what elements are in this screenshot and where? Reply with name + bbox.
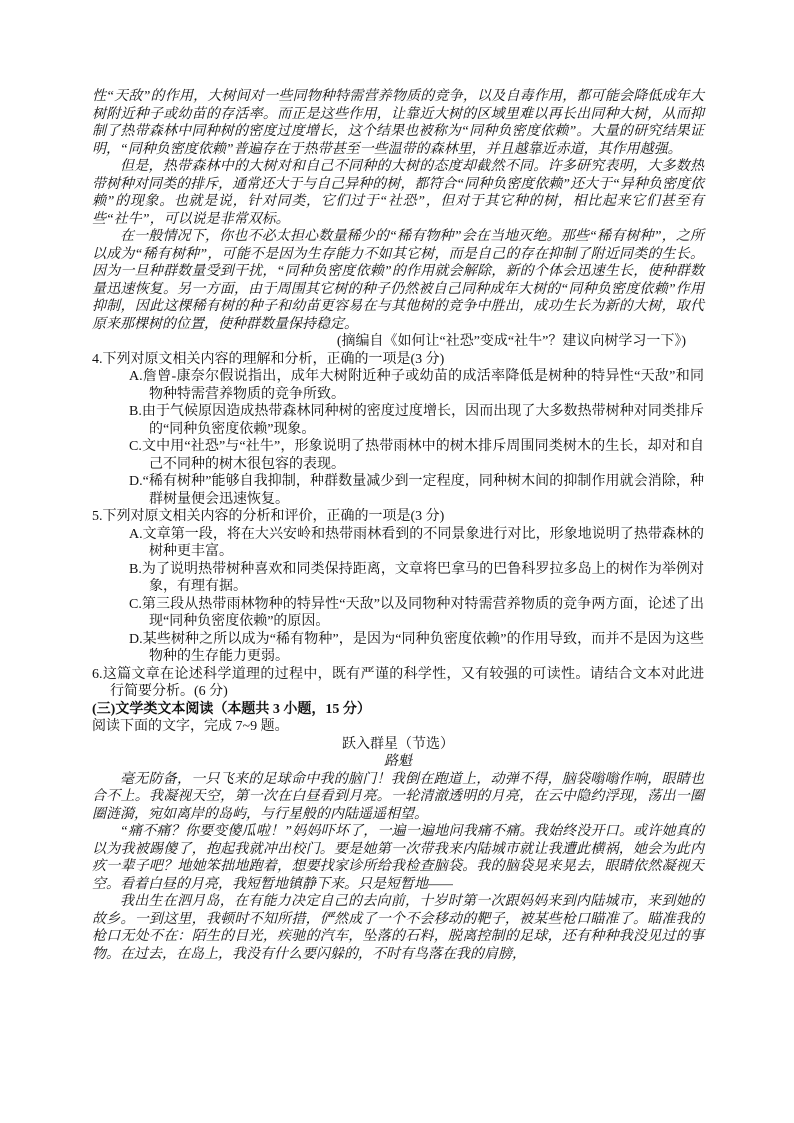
reading-instruction: 阅读下面的文字，完成 7~9 题。	[92, 718, 704, 736]
question-5-option-d: D.某些树种之所以成为“稀有物种”，是因为“同种负密度依赖”的作用导致，而并不是…	[92, 631, 704, 666]
story-paragraph-3: 我出生在泗月岛，在有能力决定自己的去向前，十岁时第一次跟妈妈来到内陆城市，来到她…	[92, 893, 704, 963]
option-label: C.	[129, 597, 142, 612]
option-label: C.	[129, 439, 142, 454]
option-text: 文中用“社恐”与“社牛”，形象说明了热带雨林中的树木排斥周围同类树木的生长，却对…	[142, 439, 704, 472]
section-heading: (三)文学类文本阅读（本题共 3 小题，15 分）	[92, 701, 704, 719]
passage-paragraph-3: 在一般情况下，你也不必太担心数量稀少的“稀有物种”会在当地灭绝。那些“稀有树种”…	[92, 228, 704, 333]
question-5-number: 5.	[92, 509, 103, 524]
question-5-option-b: B.为了说明热带树种喜欢和同类保持距离，文章将巴拿马的巴鲁科罗拉多岛上的树作为举…	[92, 561, 704, 596]
question-6-number: 6.	[92, 667, 103, 682]
option-label: A.	[129, 369, 143, 384]
option-label: B.	[129, 562, 142, 577]
option-text: 某些树种之所以成为“稀有物种”，是因为“同种负密度依赖”的作用导致，而并不是因为…	[143, 632, 704, 665]
question-4-text: 下列对原文相关内容的理解和分析，正确的一项是(3 分)	[103, 352, 445, 367]
question-5-stem: 5.下列对原文相关内容的分析和评价，正确的一项是(3 分)	[92, 508, 704, 526]
question-4-number: 4.	[92, 352, 103, 367]
story-author: 路魁	[92, 753, 704, 771]
passage-attribution: (摘编自《如何让“社恐”变成“社牛”？建议向树学习一下》)	[92, 333, 704, 351]
option-label: B.	[129, 404, 142, 419]
option-text: 由于气候原因造成热带森林同种树的密度过度增长，因而出现了大多数热带树种对同类排斥…	[142, 404, 704, 437]
question-5-text: 下列对原文相关内容的分析和评价，正确的一项是(3 分)	[103, 509, 445, 524]
option-text: 詹曾-康奈尔假说指出，成年大树附近种子或幼苗的成活率降低是树种的特异性“天敌”和…	[143, 369, 704, 402]
question-4-option-b: B.由于气候原因造成热带森林同种树的密度过度增长，因而出现了大多数热带树种对同类…	[92, 403, 704, 438]
passage-paragraph-2: 但是，热带森林中的大树对和自己不同种的大树的态度却截然不同。许多研究表明，大多数…	[92, 158, 704, 228]
option-label: D.	[129, 474, 143, 489]
option-text: 第三段从热带雨林物种的特异性“天敌”以及同物种对特需营养物质的竞争两方面，论述了…	[142, 597, 704, 630]
passage-paragraph-1: 性“天敌”的作用，大树间对一些同物种特需营养物质的竞争，以及自毒作用，都可能会降…	[92, 88, 704, 158]
option-label: D.	[129, 632, 143, 647]
question-4-stem: 4.下列对原文相关内容的理解和分析，正确的一项是(3 分)	[92, 351, 704, 369]
question-5-option-c: C.第三段从热带雨林物种的特异性“天敌”以及同物种对特需营养物质的竞争两方面，论…	[92, 596, 704, 631]
exam-page: 性“天敌”的作用，大树间对一些同物种特需营养物质的竞争，以及自毒作用，都可能会降…	[0, 0, 794, 1123]
story-paragraph-2: “痛不痛？你要变傻瓜啦！”妈妈吓坏了，一遍一遍地问我痛不痛。我始终没开口。或许她…	[92, 823, 704, 893]
question-6-text: 这篇文章在论述科学道理的过程中，既有严谨的科学性，又有较强的可读性。请结合文本对…	[103, 667, 705, 700]
option-text: “稀有树种”能够自我抑制，种群数量减少到一定程度，同种树木间的抑制作用就会消除，…	[143, 474, 704, 507]
question-4-option-d: D.“稀有树种”能够自我抑制，种群数量减少到一定程度，同种树木间的抑制作用就会消…	[92, 473, 704, 508]
question-5-option-a: A.文章第一段，将在大兴安岭和热带雨林看到的不同景象进行对比，形象地说明了热带森…	[92, 526, 704, 561]
story-title: 跃入群星（节选）	[92, 736, 704, 754]
question-4-option-c: C.文中用“社恐”与“社牛”，形象说明了热带雨林中的树木排斥周围同类树木的生长，…	[92, 438, 704, 473]
option-label: A.	[129, 527, 143, 542]
option-text: 文章第一段，将在大兴安岭和热带雨林看到的不同景象进行对比，形象地说明了热带森林的…	[143, 527, 704, 560]
question-4-option-a: A.詹曾-康奈尔假说指出，成年大树附近种子或幼苗的成活率降低是树种的特异性“天敌…	[92, 368, 704, 403]
question-6-stem: 6.这篇文章在论述科学道理的过程中，既有严谨的科学性，又有较强的可读性。请结合文…	[92, 666, 704, 701]
story-paragraph-1: 毫无防备，一只飞来的足球命中我的脑门！我倒在跑道上，动弹不得，脑袋嗡嗡作响，眼睛…	[92, 771, 704, 824]
option-text: 为了说明热带树种喜欢和同类保持距离，文章将巴拿马的巴鲁科罗拉多岛上的树作为举例对…	[142, 562, 704, 595]
